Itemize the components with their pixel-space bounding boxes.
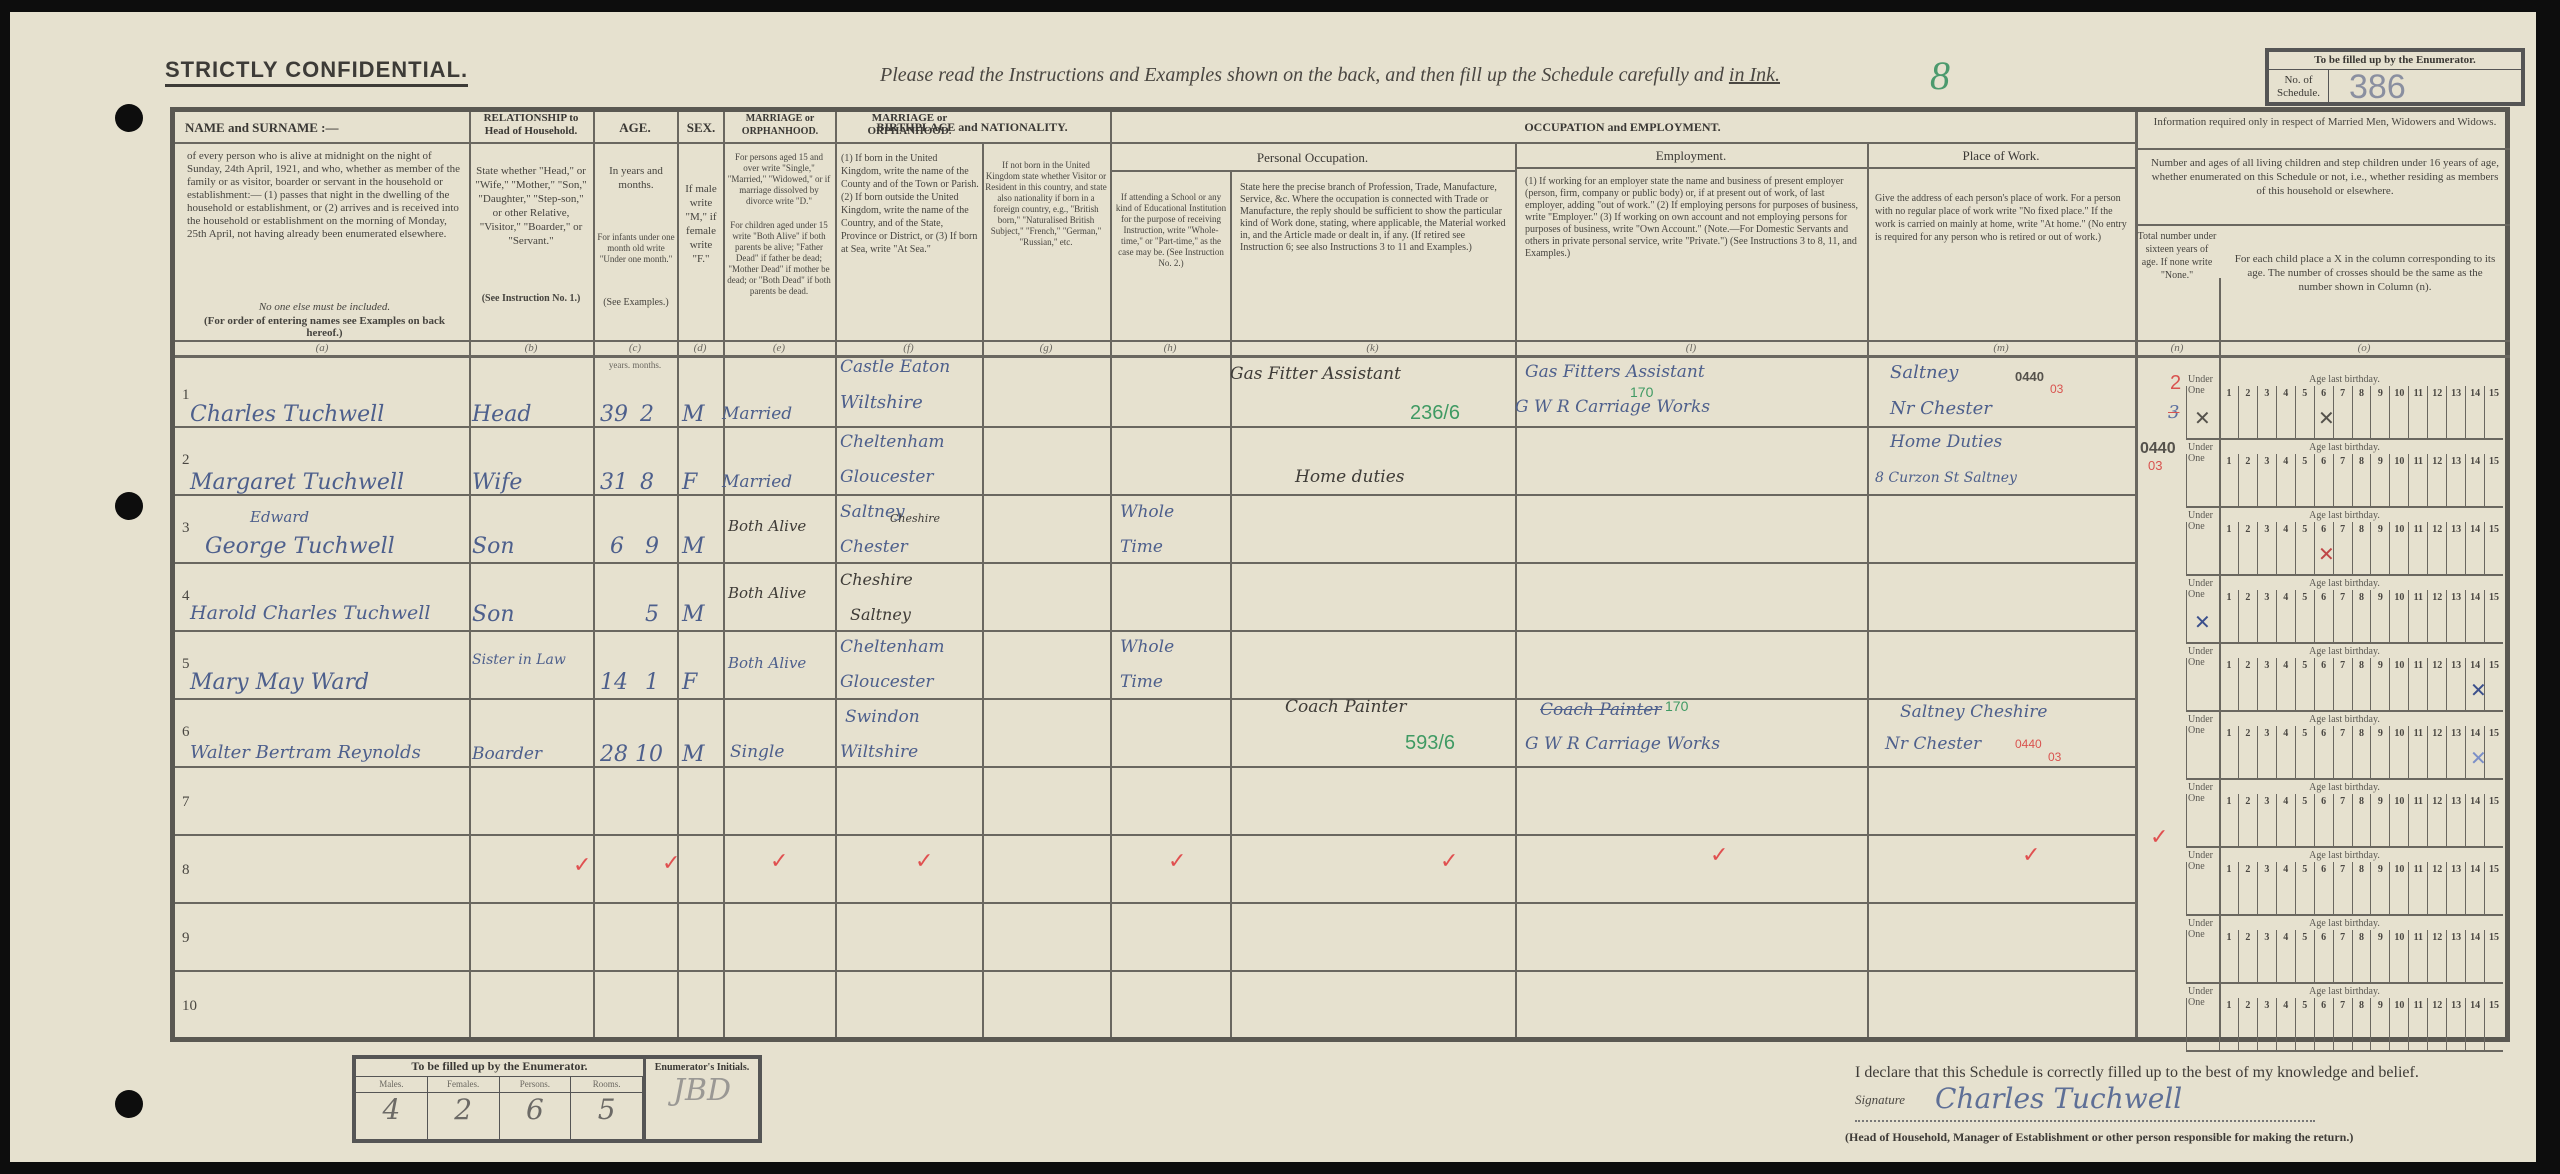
row-number: 7 bbox=[182, 794, 190, 811]
age-cell: 1 bbox=[2219, 658, 2238, 712]
age-cell: 13 bbox=[2446, 454, 2465, 508]
check-mark: ✓ bbox=[1440, 848, 1458, 874]
age-cell: 9 bbox=[2370, 998, 2389, 1052]
age-cell: 9 bbox=[2370, 386, 2389, 440]
age-cell: 14 bbox=[2465, 930, 2484, 984]
child-age-row: Age last birthday.Under One1234567891011… bbox=[2186, 848, 2503, 916]
age-cell: 7 bbox=[2333, 998, 2352, 1052]
age-cell: 1 bbox=[2219, 998, 2238, 1052]
age-cell: 2 bbox=[2238, 930, 2257, 984]
child-age-row: Age last birthday.Under One1234567891011… bbox=[2186, 576, 2503, 644]
age-cell: 4 bbox=[2276, 522, 2295, 576]
punch-hole bbox=[115, 104, 143, 132]
age-cell: 3 bbox=[2257, 658, 2276, 712]
age-cell: 12 bbox=[2427, 386, 2446, 440]
age-cell: 6 bbox=[2314, 658, 2333, 712]
age-cell: 5 bbox=[2295, 862, 2314, 916]
age-cell: 10 bbox=[2389, 658, 2408, 712]
age-cell: 14 bbox=[2465, 590, 2484, 644]
age-cell: 8 bbox=[2352, 658, 2371, 712]
age-cell: 13 bbox=[2446, 590, 2465, 644]
punch-hole bbox=[115, 492, 143, 520]
check-mark: ✓ bbox=[662, 850, 680, 876]
child-age-row: Age last birthday.Under One1234567891011… bbox=[2186, 916, 2503, 984]
age-cell: 1 bbox=[2219, 862, 2238, 916]
age-cell: 15 bbox=[2484, 590, 2503, 644]
age-cell: 7 bbox=[2333, 658, 2352, 712]
age-cell: 9 bbox=[2370, 862, 2389, 916]
age-cell: 11 bbox=[2408, 386, 2427, 440]
age-cell: 2 bbox=[2238, 794, 2257, 848]
age-cell: 1 bbox=[2219, 522, 2238, 576]
check-mark: ✓ bbox=[770, 848, 788, 874]
age-cell: 2 bbox=[2238, 726, 2257, 780]
age-cell: 6 bbox=[2314, 726, 2333, 780]
age-cell: 1 bbox=[2219, 794, 2238, 848]
age-cell: 2 bbox=[2238, 862, 2257, 916]
age-cell: 13 bbox=[2446, 930, 2465, 984]
age-cell: 6 bbox=[2314, 930, 2333, 984]
age-cell: 15 bbox=[2484, 794, 2503, 848]
age-cell: 9 bbox=[2370, 726, 2389, 780]
child-age-row: Age last birthday.Under One1234567891011… bbox=[2186, 508, 2503, 576]
age-cell: 15 bbox=[2484, 658, 2503, 712]
age-cell: 13 bbox=[2446, 726, 2465, 780]
age-cell: 14 bbox=[2465, 794, 2484, 848]
age-cell: 8 bbox=[2352, 726, 2371, 780]
age-cell: 9 bbox=[2370, 930, 2389, 984]
cross-mark: ✕ bbox=[2470, 678, 2487, 703]
age-cell: 15 bbox=[2484, 930, 2503, 984]
enumerator-box: To be filled up by the Enumerator. Males… bbox=[352, 1055, 762, 1143]
age-cell: 6 bbox=[2314, 590, 2333, 644]
punch-hole bbox=[115, 1090, 143, 1118]
age-cell: 1 bbox=[2219, 726, 2238, 780]
signature-line: Signature Charles Tuchwell bbox=[1855, 1092, 2315, 1122]
cross-mark: ✕ bbox=[2318, 406, 2335, 431]
age-cell: 3 bbox=[2257, 862, 2276, 916]
check-mark: ✓ bbox=[915, 848, 933, 874]
cross-mark: ✕ bbox=[2194, 406, 2211, 431]
age-cell: 9 bbox=[2370, 794, 2389, 848]
check-mark: ✓ bbox=[2150, 824, 2168, 850]
age-cell: 12 bbox=[2427, 794, 2446, 848]
age-cell: 8 bbox=[2352, 862, 2371, 916]
age-cell: 8 bbox=[2352, 930, 2371, 984]
rooms-count: 5 bbox=[571, 1093, 643, 1139]
child-age-row: Age last birthday.Under One1234567891011… bbox=[2186, 984, 2503, 1052]
age-cell: 10 bbox=[2389, 862, 2408, 916]
page-title: STRICTLY CONFIDENTIAL. bbox=[165, 57, 468, 87]
age-cell: 14 bbox=[2465, 386, 2484, 440]
age-cell: 4 bbox=[2276, 998, 2295, 1052]
row-number: 10 bbox=[182, 998, 197, 1015]
age-cell: 7 bbox=[2333, 386, 2352, 440]
instructions-line: Please read the Instructions and Example… bbox=[880, 64, 1780, 87]
signature-caption: (Head of Household, Manager of Establish… bbox=[1845, 1130, 2353, 1145]
schedule-number: 386 bbox=[2329, 70, 2521, 104]
age-cell: 10 bbox=[2389, 454, 2408, 508]
males-count: 4 bbox=[356, 1093, 428, 1139]
age-cell: 15 bbox=[2484, 998, 2503, 1052]
age-cell: 11 bbox=[2408, 522, 2427, 576]
age-cell: 15 bbox=[2484, 862, 2503, 916]
age-cell: 8 bbox=[2352, 454, 2371, 508]
age-cell: 3 bbox=[2257, 386, 2276, 440]
age-cell: 14 bbox=[2465, 454, 2484, 508]
row-number: 9 bbox=[182, 930, 190, 947]
age-cell: 11 bbox=[2408, 590, 2427, 644]
age-cell: 15 bbox=[2484, 522, 2503, 576]
age-cell: 6 bbox=[2314, 862, 2333, 916]
age-cell: 5 bbox=[2295, 590, 2314, 644]
child-age-row: Age last birthday.Under One1234567891011… bbox=[2186, 644, 2503, 712]
age-cell: 13 bbox=[2446, 386, 2465, 440]
age-cell: 5 bbox=[2295, 794, 2314, 848]
age-cell: 10 bbox=[2389, 522, 2408, 576]
age-cell: 10 bbox=[2389, 998, 2408, 1052]
age-cell: 6 bbox=[2314, 454, 2333, 508]
females-count: 2 bbox=[428, 1093, 500, 1139]
age-cell: 7 bbox=[2333, 794, 2352, 848]
cross-mark: ✕ bbox=[2470, 746, 2487, 771]
age-cell: 12 bbox=[2427, 998, 2446, 1052]
age-cell: 12 bbox=[2427, 590, 2446, 644]
age-cell: 13 bbox=[2446, 658, 2465, 712]
age-cell: 8 bbox=[2352, 386, 2371, 440]
age-cell: 12 bbox=[2427, 522, 2446, 576]
age-cell: 15 bbox=[2484, 386, 2503, 440]
cross-mark: ✕ bbox=[2318, 542, 2335, 567]
age-cell: 13 bbox=[2446, 862, 2465, 916]
age-cell: 2 bbox=[2238, 522, 2257, 576]
age-cell: 11 bbox=[2408, 454, 2427, 508]
age-cell: 12 bbox=[2427, 726, 2446, 780]
age-cell: 4 bbox=[2276, 726, 2295, 780]
age-cell: 12 bbox=[2427, 658, 2446, 712]
age-cell: 13 bbox=[2446, 998, 2465, 1052]
age-cell: 12 bbox=[2427, 862, 2446, 916]
age-cell: 5 bbox=[2295, 726, 2314, 780]
age-cell: 12 bbox=[2427, 930, 2446, 984]
age-cell: 1 bbox=[2219, 590, 2238, 644]
age-cell: 5 bbox=[2295, 930, 2314, 984]
age-cell: 4 bbox=[2276, 658, 2295, 712]
age-cell: 5 bbox=[2295, 386, 2314, 440]
age-cell: 10 bbox=[2389, 794, 2408, 848]
age-cell: 3 bbox=[2257, 454, 2276, 508]
age-cell: 10 bbox=[2389, 726, 2408, 780]
persons-count: 6 bbox=[500, 1093, 572, 1139]
child-age-row: Age last birthday.Under One1234567891011… bbox=[2186, 372, 2503, 440]
age-cell: 8 bbox=[2352, 522, 2371, 576]
age-cell: 2 bbox=[2238, 454, 2257, 508]
check-mark: ✓ bbox=[1710, 842, 1728, 868]
age-cell: 6 bbox=[2314, 794, 2333, 848]
age-cell: 14 bbox=[2465, 522, 2484, 576]
age-cell: 2 bbox=[2238, 998, 2257, 1052]
check-mark: ✓ bbox=[2022, 842, 2040, 868]
age-cell: 2 bbox=[2238, 386, 2257, 440]
age-cell: 3 bbox=[2257, 998, 2276, 1052]
age-cell: 4 bbox=[2276, 794, 2295, 848]
age-cell: 4 bbox=[2276, 862, 2295, 916]
age-cell: 10 bbox=[2389, 386, 2408, 440]
age-cell: 9 bbox=[2370, 454, 2389, 508]
age-cell: 11 bbox=[2408, 862, 2427, 916]
schedule-number-box: To be filled up by the Enumerator. No. o… bbox=[2265, 48, 2525, 106]
age-cell: 13 bbox=[2446, 522, 2465, 576]
age-cell: 8 bbox=[2352, 590, 2371, 644]
age-cell: 3 bbox=[2257, 794, 2276, 848]
age-cell: 7 bbox=[2333, 522, 2352, 576]
enumerator-initials: JBD bbox=[646, 1073, 758, 1108]
age-cell: 11 bbox=[2408, 930, 2427, 984]
age-cell: 9 bbox=[2370, 590, 2389, 644]
child-age-row: Age last birthday.Under One1234567891011… bbox=[2186, 440, 2503, 508]
age-cell: 7 bbox=[2333, 726, 2352, 780]
age-cell: 3 bbox=[2257, 930, 2276, 984]
census-table: NAME and SURNAME :— RELATIONSHIP to Head… bbox=[170, 107, 2510, 1042]
child-age-row: Age last birthday.Under One1234567891011… bbox=[2186, 780, 2503, 848]
row-number: 8 bbox=[182, 862, 190, 879]
age-cell: 13 bbox=[2446, 794, 2465, 848]
census-schedule-page: STRICTLY CONFIDENTIAL. Please read the I… bbox=[10, 12, 2536, 1162]
child-age-row: Age last birthday.Under One1234567891011… bbox=[2186, 712, 2503, 780]
age-cell: 1 bbox=[2219, 386, 2238, 440]
age-cell: 10 bbox=[2389, 930, 2408, 984]
age-cell: 11 bbox=[2408, 794, 2427, 848]
age-cell: 5 bbox=[2295, 454, 2314, 508]
age-cell: 14 bbox=[2465, 998, 2484, 1052]
age-cell: 4 bbox=[2276, 930, 2295, 984]
pencil-mark: 8 bbox=[1930, 52, 1950, 99]
age-cell: 3 bbox=[2257, 726, 2276, 780]
age-cell: 7 bbox=[2333, 454, 2352, 508]
cross-mark: ✕ bbox=[2194, 610, 2211, 635]
age-cell: 11 bbox=[2408, 726, 2427, 780]
age-cell: 2 bbox=[2238, 658, 2257, 712]
name-cell: Charles Tuchwell bbox=[190, 402, 384, 427]
age-cell: 7 bbox=[2333, 590, 2352, 644]
age-cell: 3 bbox=[2257, 522, 2276, 576]
age-cell: 5 bbox=[2295, 658, 2314, 712]
signature: Charles Tuchwell bbox=[1935, 1082, 2182, 1115]
age-cell: 12 bbox=[2427, 454, 2446, 508]
declaration-text: I declare that this Schedule is correctl… bbox=[1855, 1064, 2419, 1082]
age-cell: 9 bbox=[2370, 522, 2389, 576]
age-cell: 8 bbox=[2352, 794, 2371, 848]
age-cell: 2 bbox=[2238, 590, 2257, 644]
age-cell: 1 bbox=[2219, 930, 2238, 984]
age-cell: 5 bbox=[2295, 998, 2314, 1052]
age-cell: 14 bbox=[2465, 862, 2484, 916]
age-cell: 9 bbox=[2370, 658, 2389, 712]
age-cell: 10 bbox=[2389, 590, 2408, 644]
age-cell: 1 bbox=[2219, 454, 2238, 508]
age-cell: 4 bbox=[2276, 454, 2295, 508]
age-cell: 8 bbox=[2352, 998, 2371, 1052]
age-cell: 15 bbox=[2484, 454, 2503, 508]
age-cell: 6 bbox=[2314, 998, 2333, 1052]
age-cell: 15 bbox=[2484, 726, 2503, 780]
age-cell: 11 bbox=[2408, 658, 2427, 712]
age-cell: 4 bbox=[2276, 590, 2295, 644]
check-mark: ✓ bbox=[573, 852, 591, 878]
age-cell: 7 bbox=[2333, 862, 2352, 916]
age-cell: 5 bbox=[2295, 522, 2314, 576]
age-cell: 7 bbox=[2333, 930, 2352, 984]
age-cell: 3 bbox=[2257, 590, 2276, 644]
age-cell: 11 bbox=[2408, 998, 2427, 1052]
check-mark: ✓ bbox=[1168, 848, 1186, 874]
age-cell: 4 bbox=[2276, 386, 2295, 440]
